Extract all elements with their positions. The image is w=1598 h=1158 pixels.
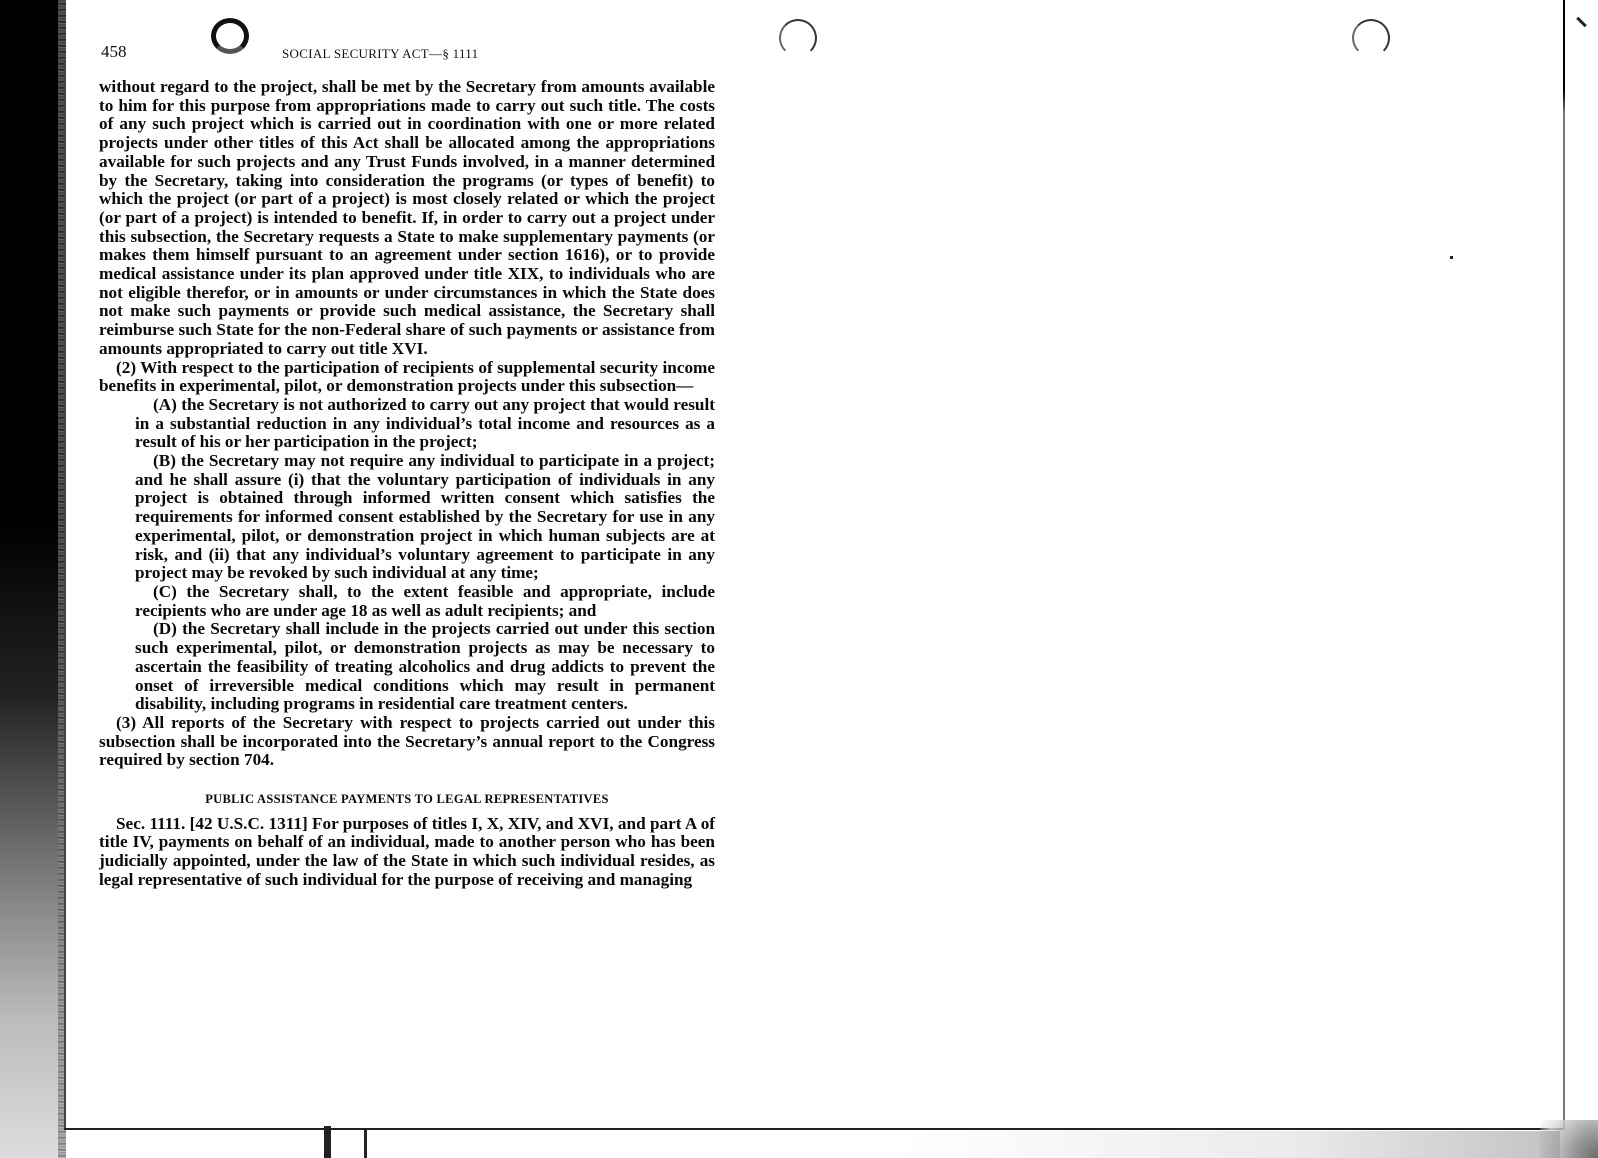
page-number: 458 (101, 42, 127, 62)
paragraph-2: (2) With respect to the participation of… (99, 359, 715, 396)
subparagraph-c: (C) the Secretary shall, to the extent f… (135, 583, 715, 620)
punch-hole-icon (211, 18, 249, 54)
punch-hole-icon (779, 19, 817, 57)
subparagraph-a: (A) the Secretary is not authorized to c… (135, 396, 715, 452)
page-border-right (1563, 0, 1565, 1130)
page-border-bottom (64, 1128, 1564, 1130)
scan-noise-bottom (900, 1131, 1560, 1158)
stray-mark (1576, 17, 1587, 28)
subparagraph-d: (D) the Secretary shall include in the p… (135, 620, 715, 714)
punch-hole-icon (1352, 19, 1390, 57)
document-body: without regard to the project, shall be … (99, 78, 715, 890)
scan-shadow-left-edge (0, 0, 66, 1158)
section-lead: Sec. 1111. (116, 814, 185, 833)
stray-mark (1450, 256, 1453, 259)
page-border-left (64, 60, 66, 1130)
paragraph-continuation: without regard to the project, shall be … (99, 78, 715, 359)
section-heading: PUBLIC ASSISTANCE PAYMENTS TO LEGAL REPR… (99, 790, 715, 809)
running-title: SOCIAL SECURITY ACT—§ 1111 (282, 46, 478, 62)
stray-mark (324, 1126, 331, 1158)
subparagraph-b: (B) the Secretary may not require any in… (135, 452, 715, 583)
paragraph-3: (3) All reports of the Secretary with re… (99, 714, 715, 770)
stray-mark (364, 1128, 367, 1158)
section-1111-paragraph: Sec. 1111. [42 U.S.C. 1311] For purposes… (99, 815, 715, 890)
usc-citation: [42 U.S.C. 1311] (190, 814, 308, 833)
